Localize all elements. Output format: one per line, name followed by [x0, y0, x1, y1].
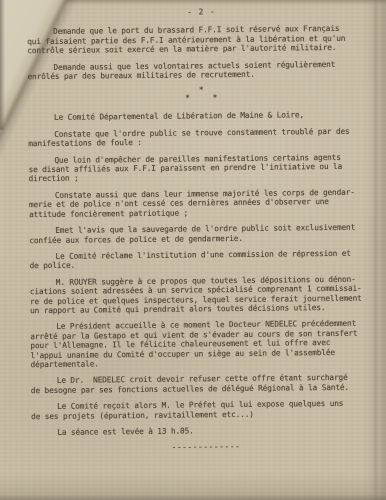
- paragraph: La séance est levée à 13 h.05.: [31, 424, 380, 437]
- paragraph: Le Comité reçoit alors M. le Préfet qui …: [31, 399, 380, 421]
- paragraph: Le Président accueille à ce moment le Do…: [30, 319, 379, 370]
- paragraph: Constate que l'ordre public se trouve co…: [28, 126, 377, 148]
- document-body: - 2 - Demande que le port du brassard F.…: [0, 0, 386, 454]
- paragraph: M. ROUYER suggère à ce propos que toutes…: [30, 274, 379, 315]
- asterisk-separator: ** *: [28, 85, 377, 105]
- paragraph: Le Dr. NEDELEC croit devoir refuser cett…: [31, 373, 380, 395]
- asterisk-separator-bottom: * *: [185, 94, 219, 103]
- paragraph: Le Comité réclame l'institution d'une co…: [29, 248, 378, 270]
- scanned-document-page: - 2 - Demande que le port du brassard F.…: [0, 0, 386, 500]
- paragraph: Le Comité Départemental de Libération de…: [28, 110, 377, 123]
- paragraph: Que loin d'empêcher de pareilles manifes…: [28, 152, 377, 184]
- closing-dashes: -------------: [31, 441, 380, 454]
- paragraph: Emet l'avis que la sauvegarde de l'ordre…: [29, 223, 378, 245]
- paragraph: Demande aussi que les volontaires actuel…: [27, 59, 376, 81]
- paragraph: Constate aussi que dans leur immense maj…: [29, 187, 378, 219]
- page-number: - 2 -: [27, 5, 376, 18]
- paragraph: Demande que le port du brassard F.F.I so…: [27, 24, 376, 56]
